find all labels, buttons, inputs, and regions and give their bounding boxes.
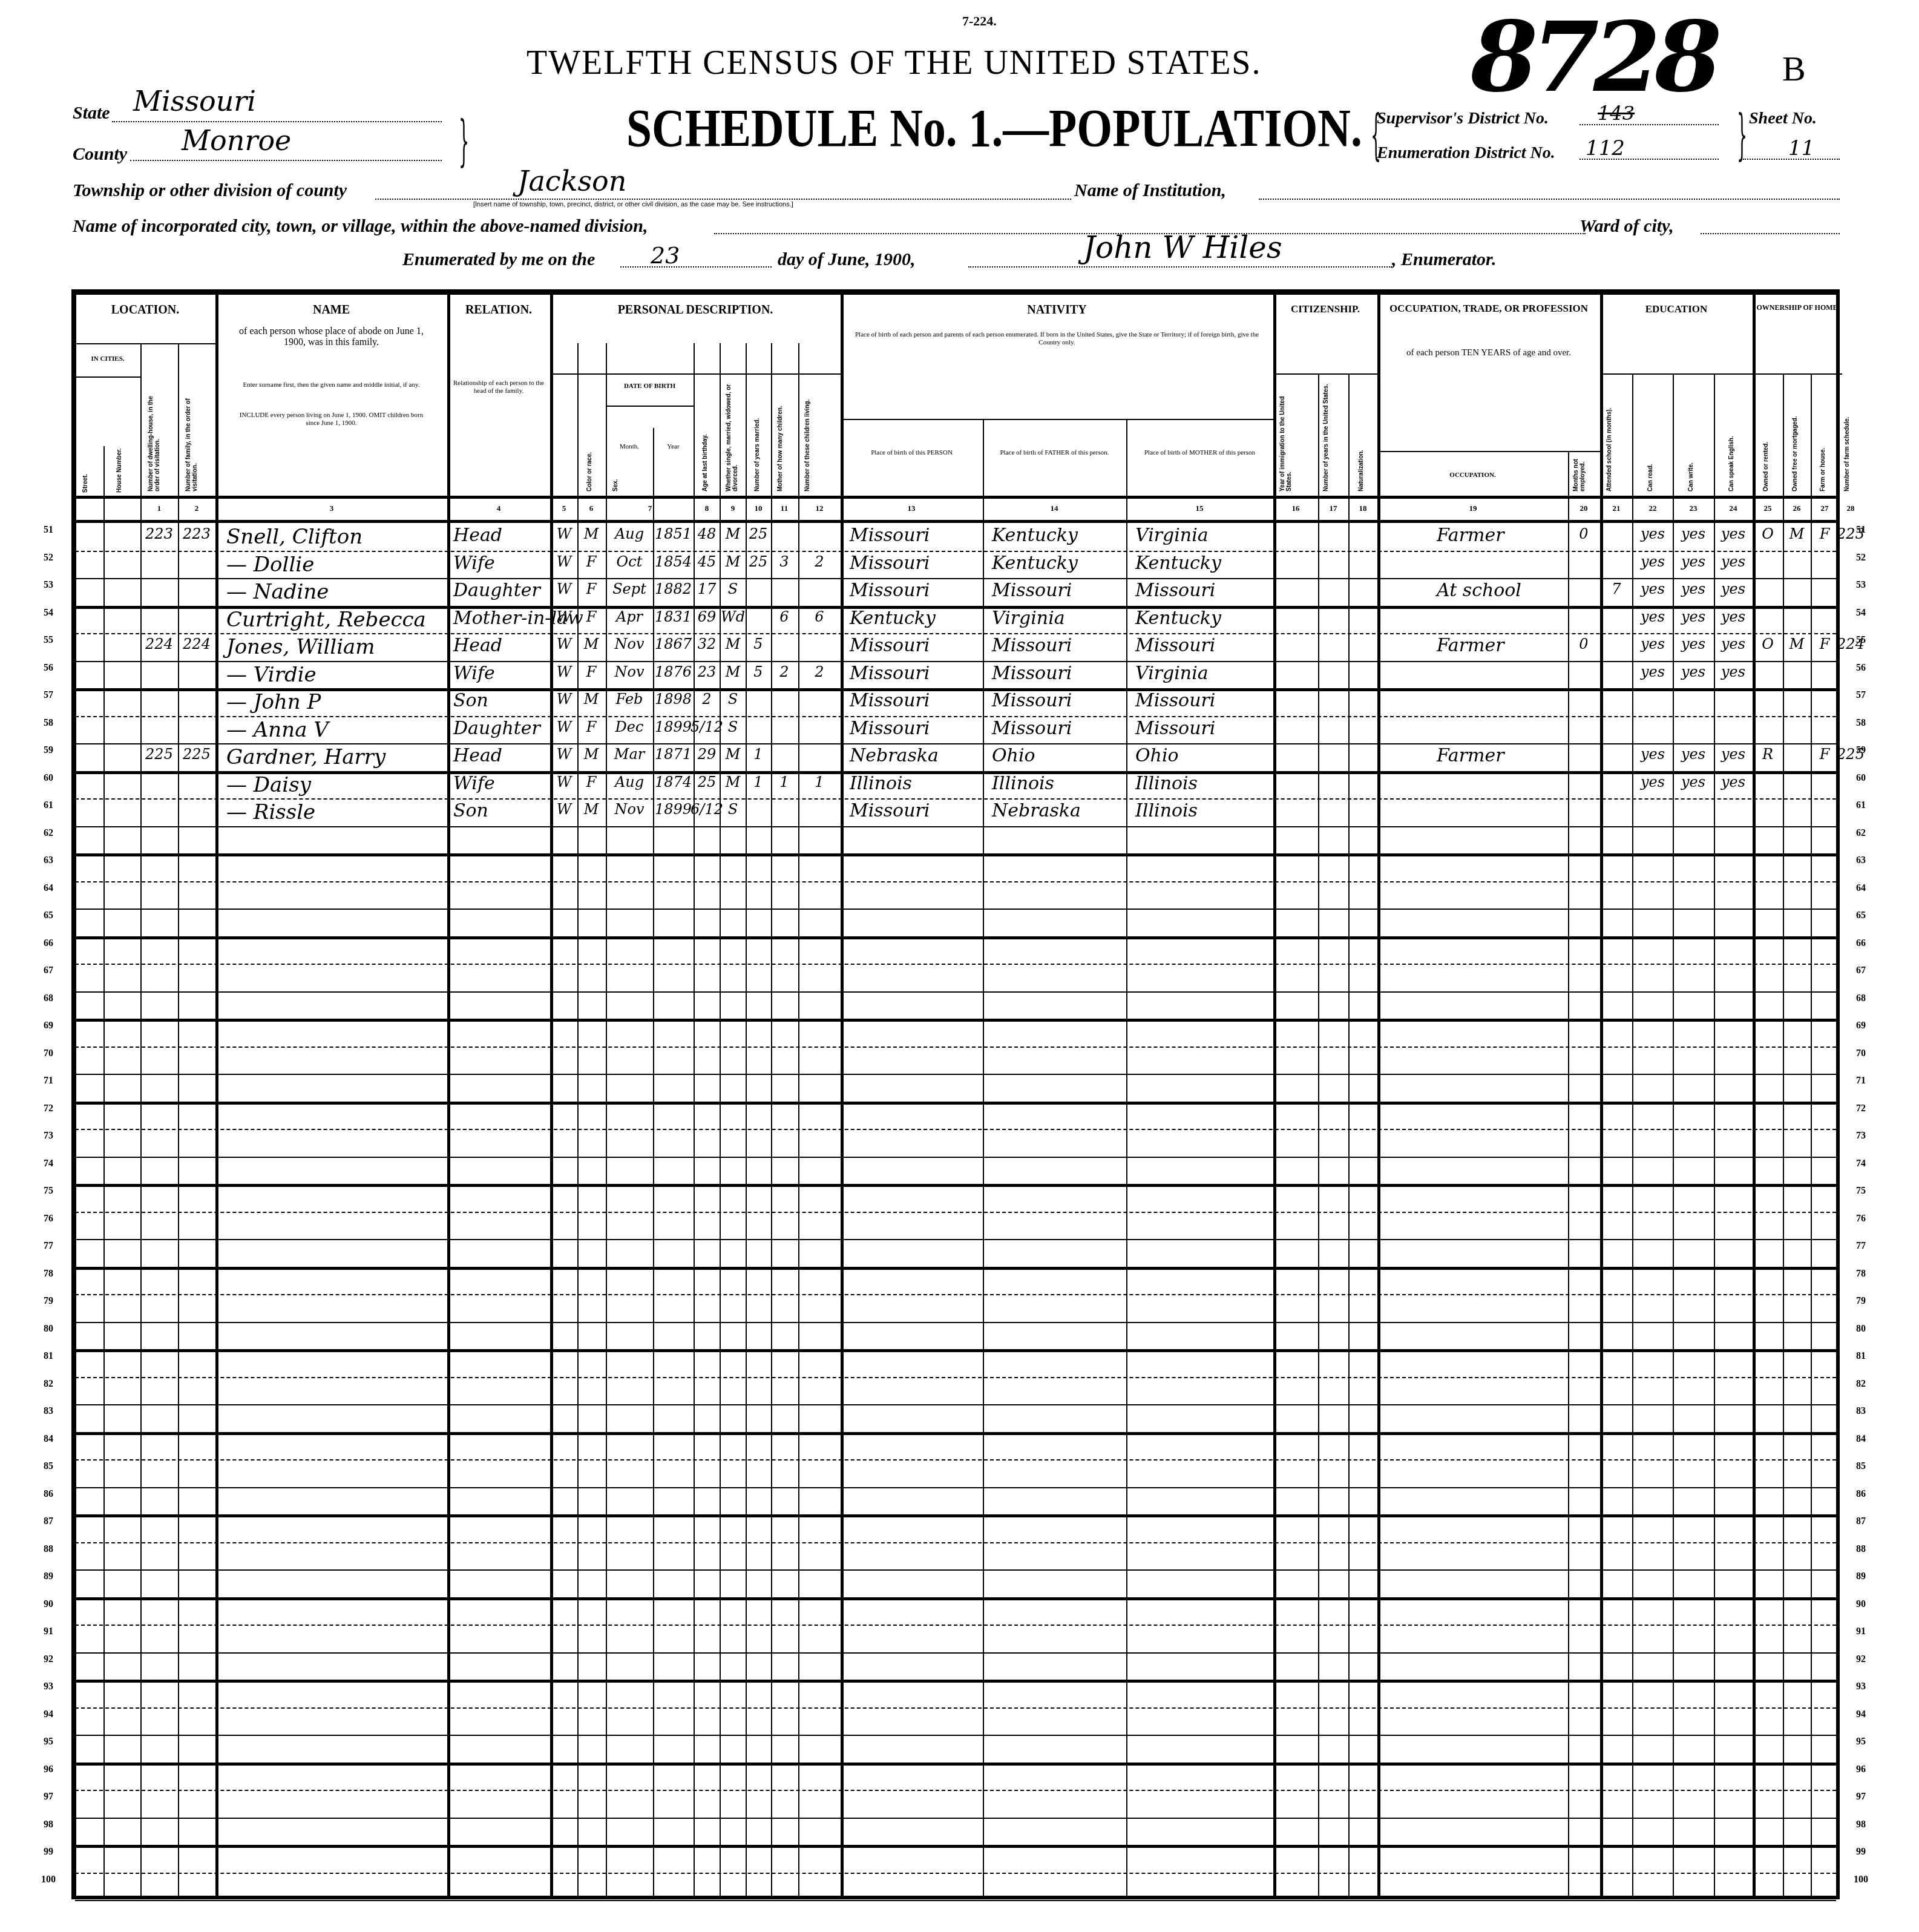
- row-rule: [75, 1597, 1836, 1600]
- mother-birthplace-cell[interactable]: Virginia: [1135, 665, 1209, 683]
- name-cell[interactable]: — Dollie: [226, 554, 314, 575]
- name-cell[interactable]: Curtright, Rebecca: [226, 609, 426, 630]
- population-table: LOCATION. IN CITIES. NAME of each person…: [71, 289, 1840, 1899]
- hdr-bottom-rule: [75, 496, 1836, 499]
- sex-cell[interactable]: M: [573, 747, 609, 761]
- sex-cell[interactable]: M: [573, 637, 609, 651]
- years-married-cell[interactable]: 5: [740, 637, 776, 651]
- line-number: 94: [36, 1709, 61, 1720]
- column-number: 25: [1756, 504, 1780, 513]
- day-underline: [620, 266, 772, 268]
- line-number: 90: [1849, 1599, 1873, 1610]
- dwelling-cell[interactable]: 223: [141, 527, 177, 541]
- state-field[interactable]: Missouri: [133, 85, 256, 117]
- can-read-cell[interactable]: yes: [1635, 747, 1671, 761]
- row-rule: [75, 881, 1836, 882]
- year-header: Year: [653, 443, 694, 451]
- supervisor-underline: [1579, 124, 1719, 125]
- line-number: 72: [36, 1103, 61, 1114]
- mother-birthplace-cell[interactable]: Ohio: [1135, 747, 1179, 765]
- sex-cell[interactable]: M: [573, 802, 609, 816]
- line-number: 58: [36, 718, 61, 729]
- occupation-subheader: OCCUPATION.: [1377, 471, 1568, 479]
- sex-cell[interactable]: M: [573, 527, 609, 541]
- hdr-rule: [841, 419, 1273, 420]
- sex-cell[interactable]: F: [573, 582, 609, 596]
- months-unemployed-cell[interactable]: 0: [1566, 527, 1602, 541]
- birth-year-cell[interactable]: 1867: [655, 637, 691, 651]
- school-cell[interactable]: 7: [1598, 582, 1635, 596]
- name-cell[interactable]: — Nadine: [226, 582, 329, 602]
- birth-month-cell[interactable]: Dec: [611, 720, 648, 734]
- group-personal: PERSONAL DESCRIPTION.: [550, 303, 841, 317]
- column-number: 15: [1187, 504, 1212, 513]
- can-read-cell[interactable]: yes: [1635, 582, 1671, 596]
- birth-year-cell[interactable]: 1876: [655, 665, 691, 679]
- line-number: 98: [36, 1819, 61, 1830]
- line-number: 67: [1849, 965, 1873, 976]
- father-birthplace-cell[interactable]: Missouri: [992, 582, 1072, 600]
- relation-cell[interactable]: Wife: [453, 554, 495, 573]
- birthplace-cell[interactable]: Kentucky: [850, 609, 936, 628]
- line-number: 99: [1849, 1847, 1873, 1858]
- name-cell[interactable]: Jones, William: [226, 637, 375, 657]
- row-rule: [75, 1322, 1836, 1323]
- col-line: [746, 343, 747, 1896]
- col-line: [1632, 373, 1633, 1896]
- birth-month-cell[interactable]: Nov: [611, 802, 648, 816]
- mother-birthplace-cell[interactable]: Missouri: [1135, 692, 1215, 710]
- birthplace-cell[interactable]: Missouri: [850, 720, 930, 738]
- col-line: [720, 343, 721, 1896]
- row-rule: [75, 1157, 1836, 1158]
- name-cell[interactable]: — Virdie: [226, 665, 317, 685]
- father-birthplace-cell[interactable]: Kentucky: [992, 527, 1078, 545]
- can-write-cell[interactable]: yes: [1675, 747, 1711, 761]
- speak-english-cell[interactable]: yes: [1715, 747, 1751, 761]
- line-number: 100: [36, 1874, 61, 1885]
- column-number: 20: [1572, 504, 1596, 513]
- speak-english-cell[interactable]: yes: [1715, 527, 1751, 541]
- birthplace-cell[interactable]: Illinois: [850, 775, 912, 793]
- owned-rented-cell[interactable]: R: [1750, 747, 1786, 761]
- relation-cell[interactable]: Head: [453, 747, 502, 765]
- vh-farm: Farm or house.: [1820, 440, 1826, 491]
- line-number: 68: [1849, 993, 1873, 1004]
- birth-month-cell[interactable]: Mar: [611, 747, 648, 761]
- line-number: 59: [1849, 745, 1873, 756]
- vh-color: Color or race.: [586, 428, 593, 491]
- line-number: 96: [36, 1764, 61, 1775]
- date-of-birth-header: DATE OF BIRTH: [606, 383, 694, 390]
- line-number: 91: [36, 1626, 61, 1637]
- birth-year-cell[interactable]: 1899: [655, 720, 691, 734]
- group-location: LOCATION.: [75, 303, 215, 317]
- months-unemployed-cell[interactable]: 0: [1566, 637, 1602, 651]
- family-cell[interactable]: 225: [179, 747, 215, 761]
- speak-english-cell[interactable]: yes: [1715, 637, 1751, 651]
- mother-of-cell[interactable]: 1: [766, 775, 802, 789]
- speak-english-cell[interactable]: yes: [1715, 582, 1751, 596]
- father-birthplace-cell[interactable]: Missouri: [992, 637, 1072, 655]
- can-write-cell[interactable]: yes: [1675, 665, 1711, 679]
- line-number: 51: [36, 525, 61, 536]
- mother-of-cell[interactable]: 6: [766, 609, 802, 624]
- relation-cell[interactable]: Head: [453, 637, 502, 655]
- col-line: [215, 295, 218, 1896]
- birthplace-cell[interactable]: Missouri: [850, 527, 930, 545]
- column-number: 18: [1351, 504, 1375, 513]
- marital-cell[interactable]: S: [715, 802, 751, 816]
- row-rule: [75, 551, 1836, 552]
- hdr-rule: [75, 376, 140, 378]
- father-birthplace-cell[interactable]: Illinois: [992, 775, 1054, 793]
- can-read-cell[interactable]: yes: [1635, 637, 1671, 651]
- column-number: 22: [1641, 504, 1665, 513]
- line-number: 85: [1849, 1461, 1873, 1472]
- vh-years-married: Number of years married.: [754, 386, 761, 491]
- col-line: [1783, 373, 1784, 1896]
- mother-birthplace-cell[interactable]: Missouri: [1135, 582, 1215, 600]
- line-number: 65: [1849, 910, 1873, 921]
- name-cell[interactable]: Snell, Clifton: [226, 527, 362, 547]
- can-write-cell[interactable]: yes: [1675, 582, 1711, 596]
- enumeration-underline: [1579, 159, 1719, 160]
- line-number: 74: [36, 1158, 61, 1169]
- dwelling-cell[interactable]: 225: [141, 747, 177, 761]
- mother-birthplace-cell[interactable]: Missouri: [1135, 720, 1215, 738]
- mother-of-cell[interactable]: 3: [766, 554, 802, 569]
- row-rule: [75, 1404, 1836, 1405]
- row-rule: [75, 661, 1836, 662]
- birth-person-header: Place of birth of this PERSON: [847, 449, 977, 457]
- birthplace-cell[interactable]: Missouri: [850, 665, 930, 683]
- relation-cell[interactable]: Wife: [453, 775, 495, 793]
- row-rule: [75, 798, 1836, 800]
- children-living-cell[interactable]: 1: [801, 775, 838, 789]
- row-rule: [75, 1239, 1836, 1240]
- line-number: 62: [36, 828, 61, 839]
- birth-month-cell[interactable]: Oct: [611, 554, 648, 569]
- line-number: 98: [1849, 1819, 1873, 1830]
- birthplace-cell[interactable]: Missouri: [850, 692, 930, 710]
- birthplace-cell[interactable]: Nebraska: [850, 747, 939, 765]
- col-line: [1318, 373, 1319, 1896]
- col-line: [75, 295, 76, 1896]
- name-cell[interactable]: — Rissle: [226, 802, 315, 823]
- vh-read: Can read.: [1647, 446, 1654, 491]
- enumerator-label: , Enumerator.: [1392, 249, 1497, 270]
- line-number: 74: [1849, 1158, 1873, 1169]
- birth-year-cell[interactable]: 1899: [655, 802, 691, 816]
- years-married-cell[interactable]: 25: [740, 527, 776, 541]
- row-rule: [75, 1212, 1836, 1213]
- can-read-cell[interactable]: yes: [1635, 609, 1671, 624]
- row-rule: [75, 936, 1836, 939]
- occupation-cell[interactable]: Farmer: [1437, 527, 1504, 545]
- speak-english-cell[interactable]: yes: [1715, 554, 1751, 569]
- row-rule: [75, 1184, 1836, 1187]
- can-read-cell[interactable]: yes: [1635, 527, 1671, 541]
- state-underline: [112, 121, 442, 122]
- form-number: 7-224.: [962, 13, 997, 29]
- col-line: [447, 295, 450, 1896]
- vh-house: House Number.: [116, 453, 123, 493]
- row-rule: [75, 1652, 1836, 1654]
- group-occupation: OCCUPATION, TRADE, OR PROFESSION: [1377, 303, 1600, 315]
- children-living-cell[interactable]: 2: [801, 554, 838, 569]
- month-header: Month.: [606, 443, 653, 451]
- col-line: [771, 343, 772, 1896]
- sex-cell[interactable]: F: [573, 554, 609, 569]
- name-cell[interactable]: — Daisy: [226, 775, 311, 795]
- col-line: [577, 343, 579, 1896]
- line-number: 92: [1849, 1654, 1873, 1665]
- row-rule: [75, 771, 1836, 774]
- line-number: 62: [1849, 828, 1873, 839]
- line-number: 97: [1849, 1792, 1873, 1802]
- occupation-cell[interactable]: Farmer: [1437, 747, 1504, 765]
- can-write-cell[interactable]: yes: [1675, 554, 1711, 569]
- birth-year-cell[interactable]: 1854: [655, 554, 691, 569]
- township-instruction: [Insert name of township, town, precinct…: [473, 201, 793, 208]
- father-birthplace-cell[interactable]: Virginia: [992, 609, 1065, 628]
- group-ownership: OWNERSHIP OF HOME.: [1753, 303, 1843, 312]
- row-rule: [75, 1487, 1836, 1488]
- line-number: 87: [36, 1516, 61, 1527]
- row-rule: [75, 633, 1836, 634]
- line-number: 88: [36, 1544, 61, 1555]
- row-rule: [75, 853, 1836, 856]
- birth-month-cell[interactable]: Nov: [611, 637, 648, 651]
- birthplace-cell[interactable]: Missouri: [850, 637, 930, 655]
- sex-cell[interactable]: F: [573, 775, 609, 789]
- children-living-cell[interactable]: 6: [801, 609, 838, 624]
- birth-year-cell[interactable]: 1851: [655, 527, 691, 541]
- column-number: 11: [772, 504, 796, 513]
- speak-english-cell[interactable]: yes: [1715, 609, 1751, 624]
- county-field[interactable]: Monroe: [182, 124, 291, 157]
- line-number: 64: [36, 883, 61, 894]
- township-field[interactable]: Jackson: [517, 165, 626, 197]
- marital-cell[interactable]: S: [715, 582, 751, 596]
- marital-cell[interactable]: S: [715, 720, 751, 734]
- sex-cell[interactable]: F: [573, 665, 609, 679]
- birth-month-cell[interactable]: Apr: [611, 609, 648, 624]
- row-rule: [75, 1707, 1836, 1709]
- line-number: 73: [1849, 1131, 1873, 1142]
- ward-field[interactable]: [1701, 233, 1840, 234]
- family-cell[interactable]: 224: [179, 637, 215, 651]
- occupation-cell[interactable]: Farmer: [1437, 637, 1504, 655]
- mother-birthplace-cell[interactable]: Missouri: [1135, 637, 1215, 655]
- speak-english-cell[interactable]: yes: [1715, 665, 1751, 679]
- row-rule: [75, 826, 1836, 827]
- mother-birthplace-cell[interactable]: Illinois: [1135, 802, 1198, 820]
- birthplace-cell[interactable]: Missouri: [850, 582, 930, 600]
- marital-cell[interactable]: S: [715, 692, 751, 706]
- line-number: 95: [36, 1736, 61, 1747]
- mother-birthplace-cell[interactable]: Illinois: [1135, 775, 1198, 793]
- line-number: 69: [1849, 1020, 1873, 1031]
- line-number: 56: [36, 663, 61, 674]
- name-cell[interactable]: — John P: [226, 692, 321, 712]
- can-write-cell[interactable]: yes: [1675, 609, 1711, 624]
- enumeration-label: Enumeration District No.: [1377, 143, 1555, 163]
- vh-mother-of: Mother of how many children.: [777, 379, 794, 491]
- birth-month-cell[interactable]: Sept: [611, 582, 648, 596]
- col-line: [140, 343, 142, 1896]
- mother-birthplace-cell[interactable]: Virginia: [1135, 527, 1209, 545]
- dwelling-cell[interactable]: 224: [141, 637, 177, 651]
- sheet-field[interactable]: 11: [1788, 136, 1814, 160]
- can-read-cell[interactable]: yes: [1635, 554, 1671, 569]
- column-number: 13: [899, 504, 923, 513]
- enumerator-underline: [968, 266, 1392, 268]
- birthplace-cell[interactable]: Missouri: [850, 554, 930, 573]
- marital-cell[interactable]: Wd: [715, 609, 751, 624]
- row-rule: [75, 1680, 1836, 1683]
- line-number: 60: [1849, 773, 1873, 784]
- name-desc: of each person whose place of abode on J…: [228, 326, 435, 349]
- institution-field[interactable]: [1259, 199, 1840, 200]
- birth-month-cell[interactable]: Aug: [611, 527, 648, 541]
- col-line: [1568, 451, 1569, 1896]
- name-cell[interactable]: — Anna V: [226, 720, 329, 740]
- relation-cell[interactable]: Head: [453, 527, 502, 545]
- line-number: 57: [1849, 690, 1873, 701]
- census-title: TWELFTH CENSUS OF THE UNITED STATES.: [526, 44, 1261, 82]
- line-number: 83: [36, 1406, 61, 1417]
- enumeration-field[interactable]: 112: [1586, 136, 1625, 160]
- col-line: [841, 295, 844, 1896]
- father-birthplace-cell[interactable]: Missouri: [992, 665, 1072, 683]
- children-living-cell[interactable]: 2: [801, 665, 838, 679]
- line-number: 95: [1849, 1736, 1873, 1747]
- birth-year-cell[interactable]: 1882: [655, 582, 691, 596]
- line-number: 52: [36, 553, 61, 563]
- line-number: 65: [36, 910, 61, 921]
- colnum-bottom-rule: [75, 520, 1836, 523]
- schedule-title: SCHEDULE No. 1.—POPULATION.: [626, 98, 1362, 159]
- vh-immigration: Year of immigration to the United States…: [1279, 379, 1313, 491]
- line-number: 69: [36, 1020, 61, 1031]
- line-number: 100: [1849, 1874, 1873, 1885]
- father-birthplace-cell[interactable]: Nebraska: [992, 802, 1081, 820]
- birthplace-cell[interactable]: Missouri: [850, 802, 930, 820]
- row-rule: [75, 716, 1836, 717]
- line-number: 89: [36, 1571, 61, 1582]
- sex-cell[interactable]: M: [573, 692, 609, 706]
- row-rule: [75, 908, 1836, 910]
- line-number: 76: [36, 1214, 61, 1224]
- relation-cell[interactable]: Daughter: [453, 720, 540, 738]
- column-number: 2: [185, 504, 209, 513]
- father-birthplace-cell[interactable]: Kentucky: [992, 554, 1078, 573]
- birth-month-cell[interactable]: Feb: [611, 692, 648, 706]
- sex-cell[interactable]: F: [573, 720, 609, 734]
- birth-month-cell[interactable]: Nov: [611, 665, 648, 679]
- column-number: 19: [1461, 504, 1485, 513]
- can-write-cell[interactable]: yes: [1675, 775, 1711, 789]
- line-number: 55: [1849, 635, 1873, 646]
- name-instr1: Enter surname first, then the given name…: [228, 381, 435, 389]
- vh-age: Age at last birthday.: [702, 404, 709, 491]
- row-rule: [75, 1818, 1836, 1819]
- vh-mortgaged: Owned free or mortgaged.: [1792, 379, 1799, 491]
- father-birthplace-cell[interactable]: Missouri: [992, 692, 1072, 710]
- column-number: 28: [1839, 504, 1863, 513]
- enumerated-day[interactable]: 23: [651, 242, 680, 269]
- father-birthplace-cell[interactable]: Missouri: [992, 720, 1072, 738]
- birth-year-cell[interactable]: 1831: [655, 609, 691, 624]
- can-write-cell[interactable]: yes: [1675, 637, 1711, 651]
- line-number: 73: [36, 1131, 61, 1142]
- occupation-cell[interactable]: At school: [1437, 582, 1521, 600]
- row-rule: [75, 1074, 1836, 1075]
- mother-birthplace-cell[interactable]: Kentucky: [1135, 609, 1221, 628]
- years-married-cell[interactable]: 1: [740, 747, 776, 761]
- birth-mother-header: Place of birth of MOTHER of this person: [1132, 449, 1267, 457]
- vh-sex: Sex.: [612, 470, 619, 491]
- relation-cell[interactable]: Son: [453, 692, 488, 710]
- line-number: 81: [36, 1351, 61, 1362]
- sex-cell[interactable]: F: [573, 609, 609, 624]
- mother-of-cell[interactable]: 2: [766, 665, 802, 679]
- birth-year-cell[interactable]: 1898: [655, 692, 691, 706]
- row-rule: [75, 743, 1836, 744]
- can-write-cell[interactable]: yes: [1675, 527, 1711, 541]
- line-number: 85: [36, 1461, 61, 1472]
- line-number: 96: [1849, 1764, 1873, 1775]
- relation-cell[interactable]: Son: [453, 802, 488, 820]
- father-birthplace-cell[interactable]: Ohio: [992, 747, 1035, 765]
- col-line: [1273, 295, 1276, 1896]
- birth-month-cell[interactable]: Aug: [611, 775, 648, 789]
- line-number: 86: [36, 1489, 61, 1500]
- name-cell[interactable]: Gardner, Harry: [226, 747, 385, 767]
- row-rule: [75, 964, 1836, 965]
- family-cell[interactable]: 223: [179, 527, 215, 541]
- row-rule: [75, 1542, 1836, 1543]
- township-label: Township or other division of county: [73, 180, 347, 201]
- supervisor-field[interactable]: 143: [1598, 102, 1635, 125]
- line-number: 88: [1849, 1544, 1873, 1555]
- line-number: 93: [1849, 1681, 1873, 1692]
- line-number: 76: [1849, 1214, 1873, 1224]
- line-number: 71: [36, 1076, 61, 1086]
- line-number: 56: [1849, 663, 1873, 674]
- column-number: 14: [1042, 504, 1066, 513]
- line-number: 78: [36, 1269, 61, 1280]
- col-line: [1839, 373, 1840, 1896]
- birth-year-cell[interactable]: 1874: [655, 775, 691, 789]
- relation-cell[interactable]: Daughter: [453, 582, 540, 600]
- line-number: 59: [36, 745, 61, 756]
- speak-english-cell[interactable]: yes: [1715, 775, 1751, 789]
- can-read-cell[interactable]: yes: [1635, 665, 1671, 679]
- enumerator-signature[interactable]: John W Hiles: [1083, 230, 1282, 265]
- can-read-cell[interactable]: yes: [1635, 775, 1671, 789]
- line-number: 86: [1849, 1489, 1873, 1500]
- mother-birthplace-cell[interactable]: Kentucky: [1135, 554, 1221, 573]
- relation-cell[interactable]: Wife: [453, 665, 495, 683]
- line-number: 80: [36, 1324, 61, 1335]
- birth-year-cell[interactable]: 1871: [655, 747, 691, 761]
- relation-desc: Relationship of each person to the head …: [453, 379, 544, 395]
- line-number: 67: [36, 965, 61, 976]
- line-number: 53: [36, 580, 61, 591]
